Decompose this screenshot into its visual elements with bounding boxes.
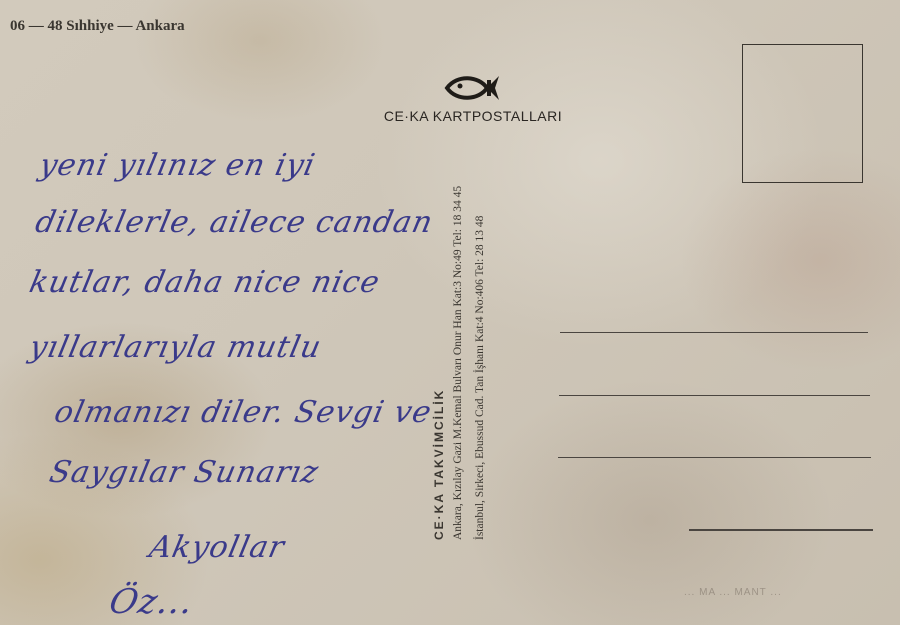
- address-line: [560, 332, 868, 333]
- address-line: [558, 457, 871, 458]
- stamp-box: [742, 44, 863, 183]
- message-line: olmanızı diler. Sevgi ve: [51, 395, 435, 430]
- publisher-title: CE·KA TAKVİMCİLİK: [432, 389, 446, 540]
- faded-print: ... MA ... MANT ...: [684, 587, 782, 598]
- address-line: [559, 395, 870, 396]
- publisher-address-istanbul: İstanbul, Sirkeci, Ebussud Cad. Tan İşha…: [474, 216, 486, 540]
- handwritten-message: yeni yılınız en iyi dileklerle, ailece c…: [0, 0, 470, 625]
- signature: Akyollar: [146, 530, 288, 565]
- message-line: yeni yılınız en iyi: [36, 148, 318, 183]
- publisher-info: CE·KA TAKVİMCİLİK Ankara, Kızılay Gazi M…: [430, 150, 510, 550]
- publisher-address-ankara: Ankara, Kızılay Gazi M.Kemal Bulvarı Onu…: [452, 186, 464, 540]
- signature-initial: Öz...: [106, 582, 198, 622]
- message-line: kutlar, daha nice nice: [26, 265, 383, 300]
- address-line: [689, 529, 873, 531]
- message-line: yıllarlarıyla mutlu: [26, 330, 325, 365]
- message-line: dileklerle, ailece candan: [32, 205, 436, 240]
- postcard-back: 06 — 48 Sıhhiye — Ankara CE·KA KARTPOSTA…: [0, 0, 900, 625]
- message-line: Saygılar Sunarız: [46, 455, 322, 490]
